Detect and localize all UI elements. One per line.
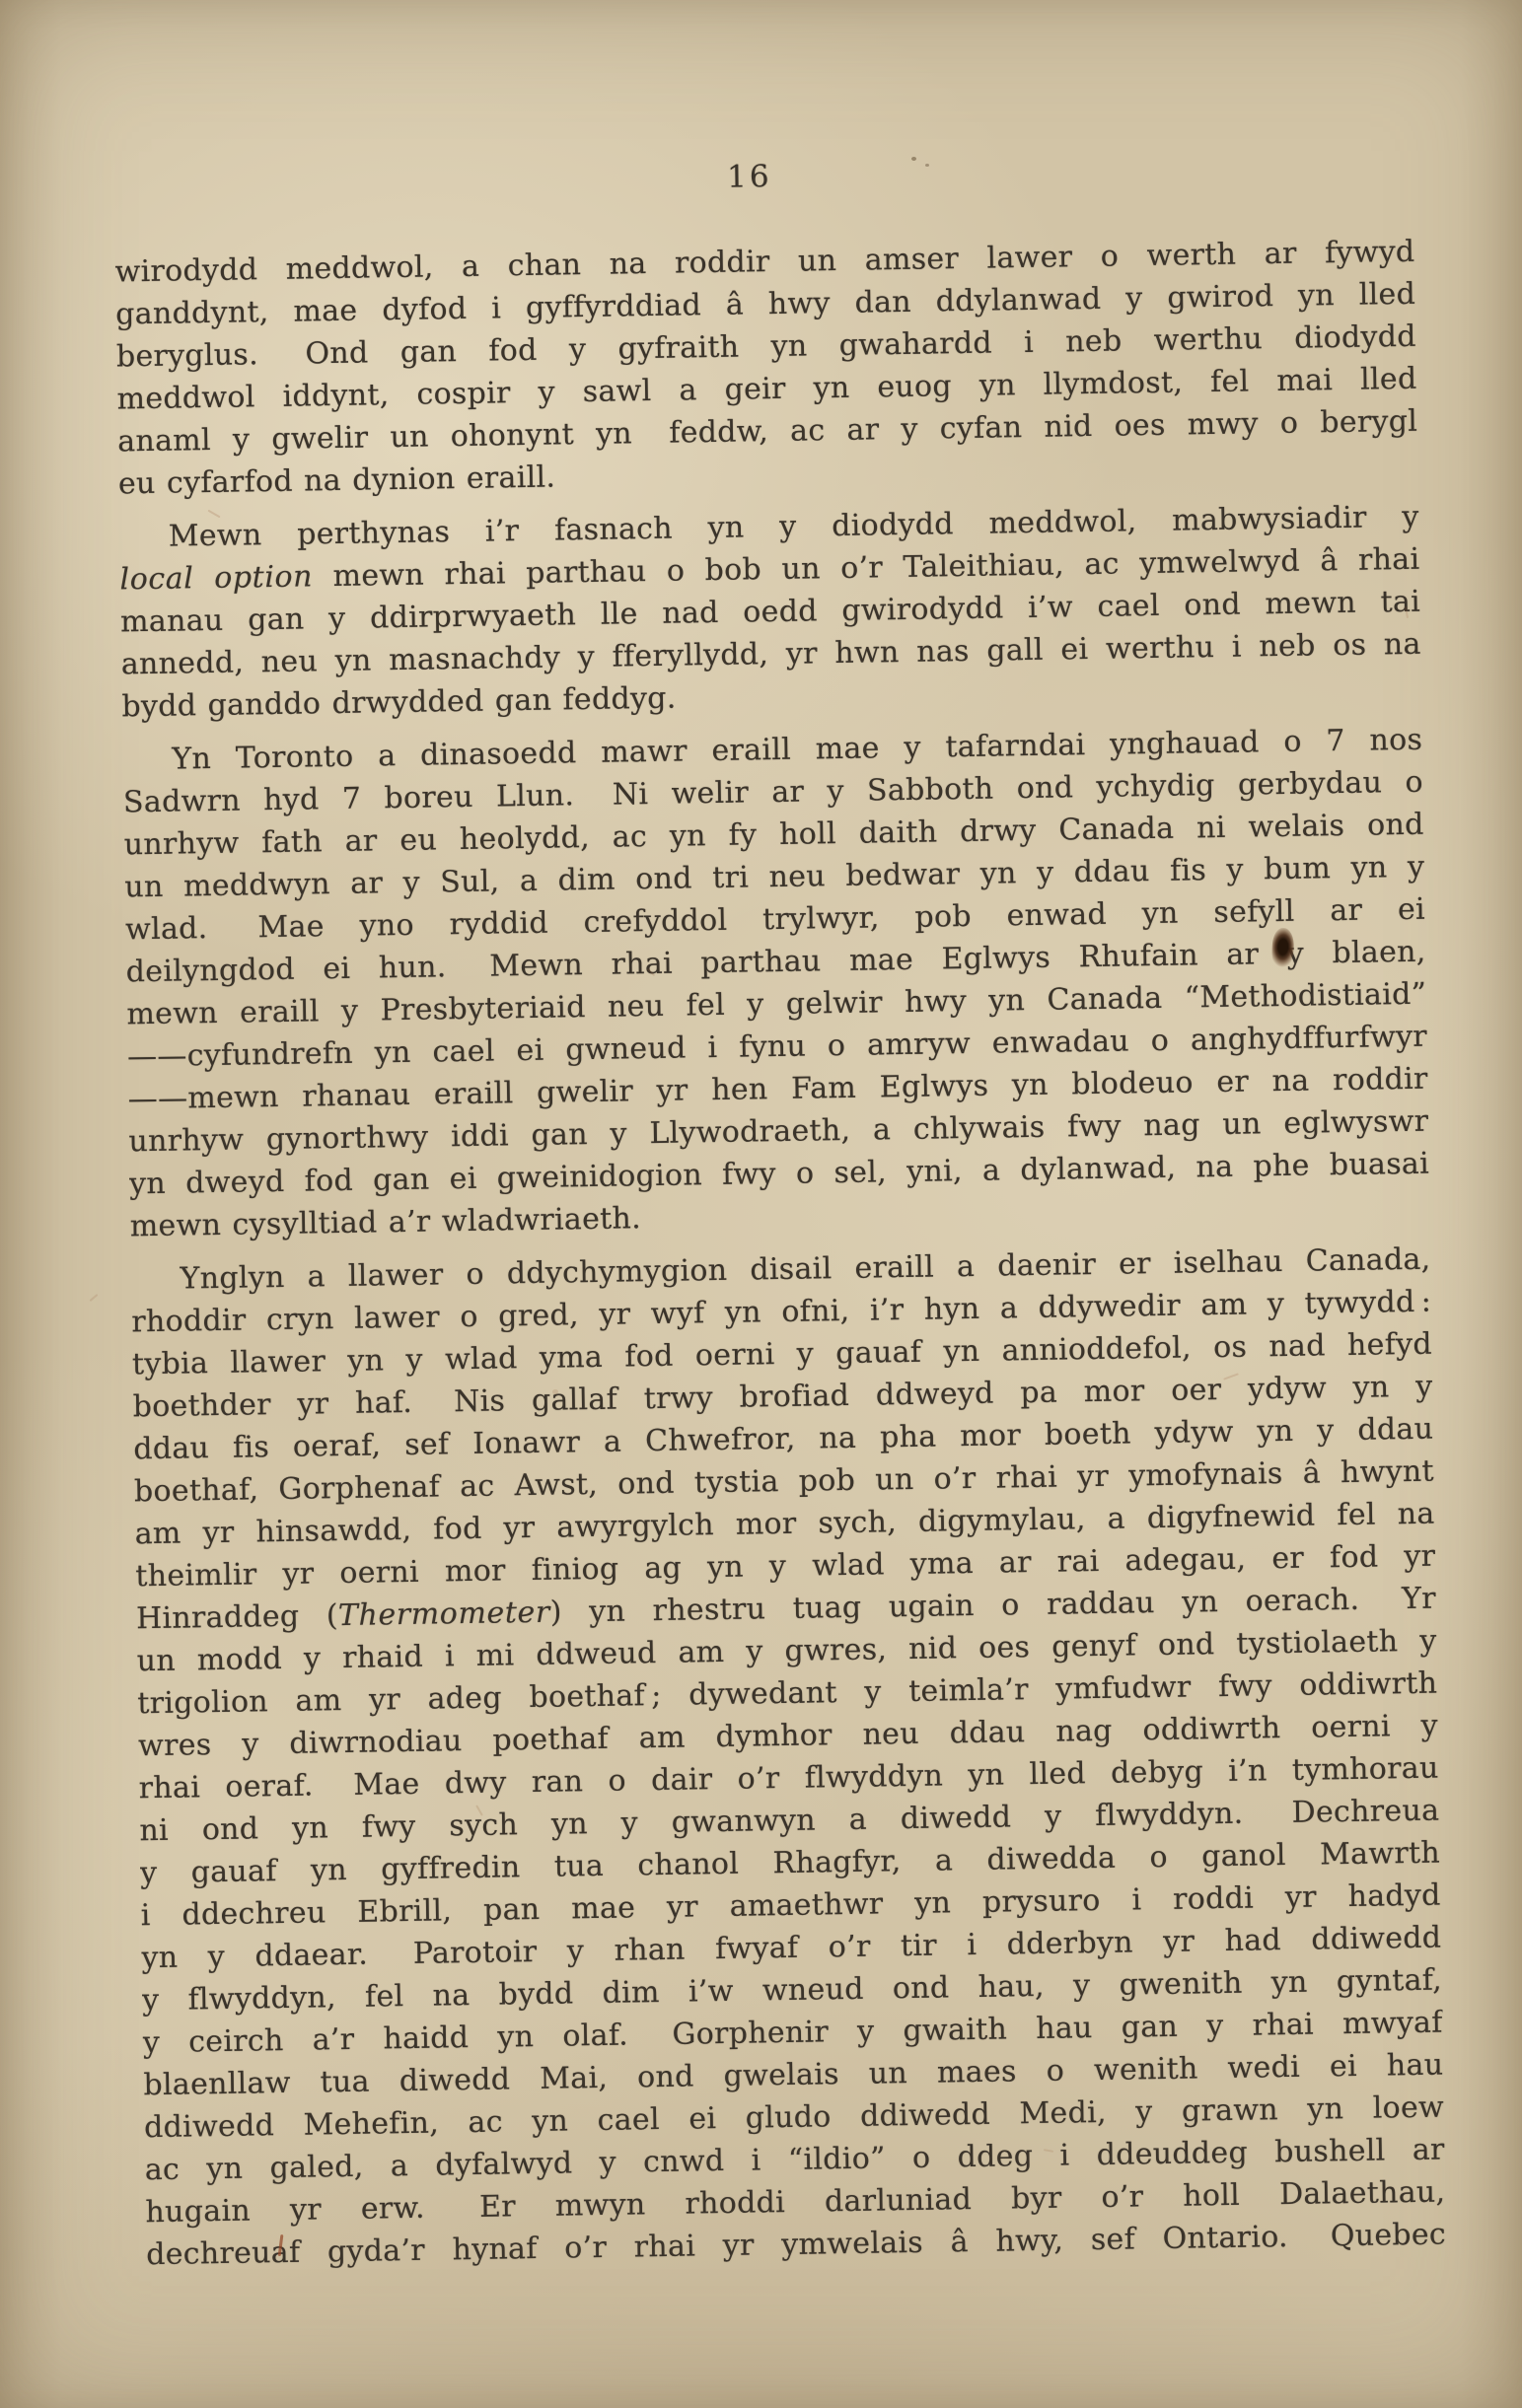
scan-content: 16 wirodydd meddwol, a chan na roddir un… [113,150,1446,2276]
paragraph: Yn Toronto a dinasoedd mawr eraill mae y… [122,719,1430,1248]
paper-fiber-speck [90,1294,99,1302]
paragraphs: wirodydd meddwol, a chan na roddir un am… [114,231,1446,2276]
paragraph: Ynglyn a llawer o ddychymygion disail er… [130,1239,1446,2277]
dust-speck [911,157,916,161]
paper-fiber-speck [552,1389,558,1394]
book-page: { "page": { "number": "16", "paragraphs"… [0,0,1522,2408]
page-number: 16 [727,160,787,194]
dust-speck [925,164,929,167]
paragraph: Mewn perthynas i’r fasnach yn y diodydd … [118,496,1421,729]
paper-texture: 16 wirodydd meddwol, a chan na roddir un… [0,0,1522,2408]
paragraph: wirodydd meddwol, a chan na roddir un am… [114,231,1418,506]
